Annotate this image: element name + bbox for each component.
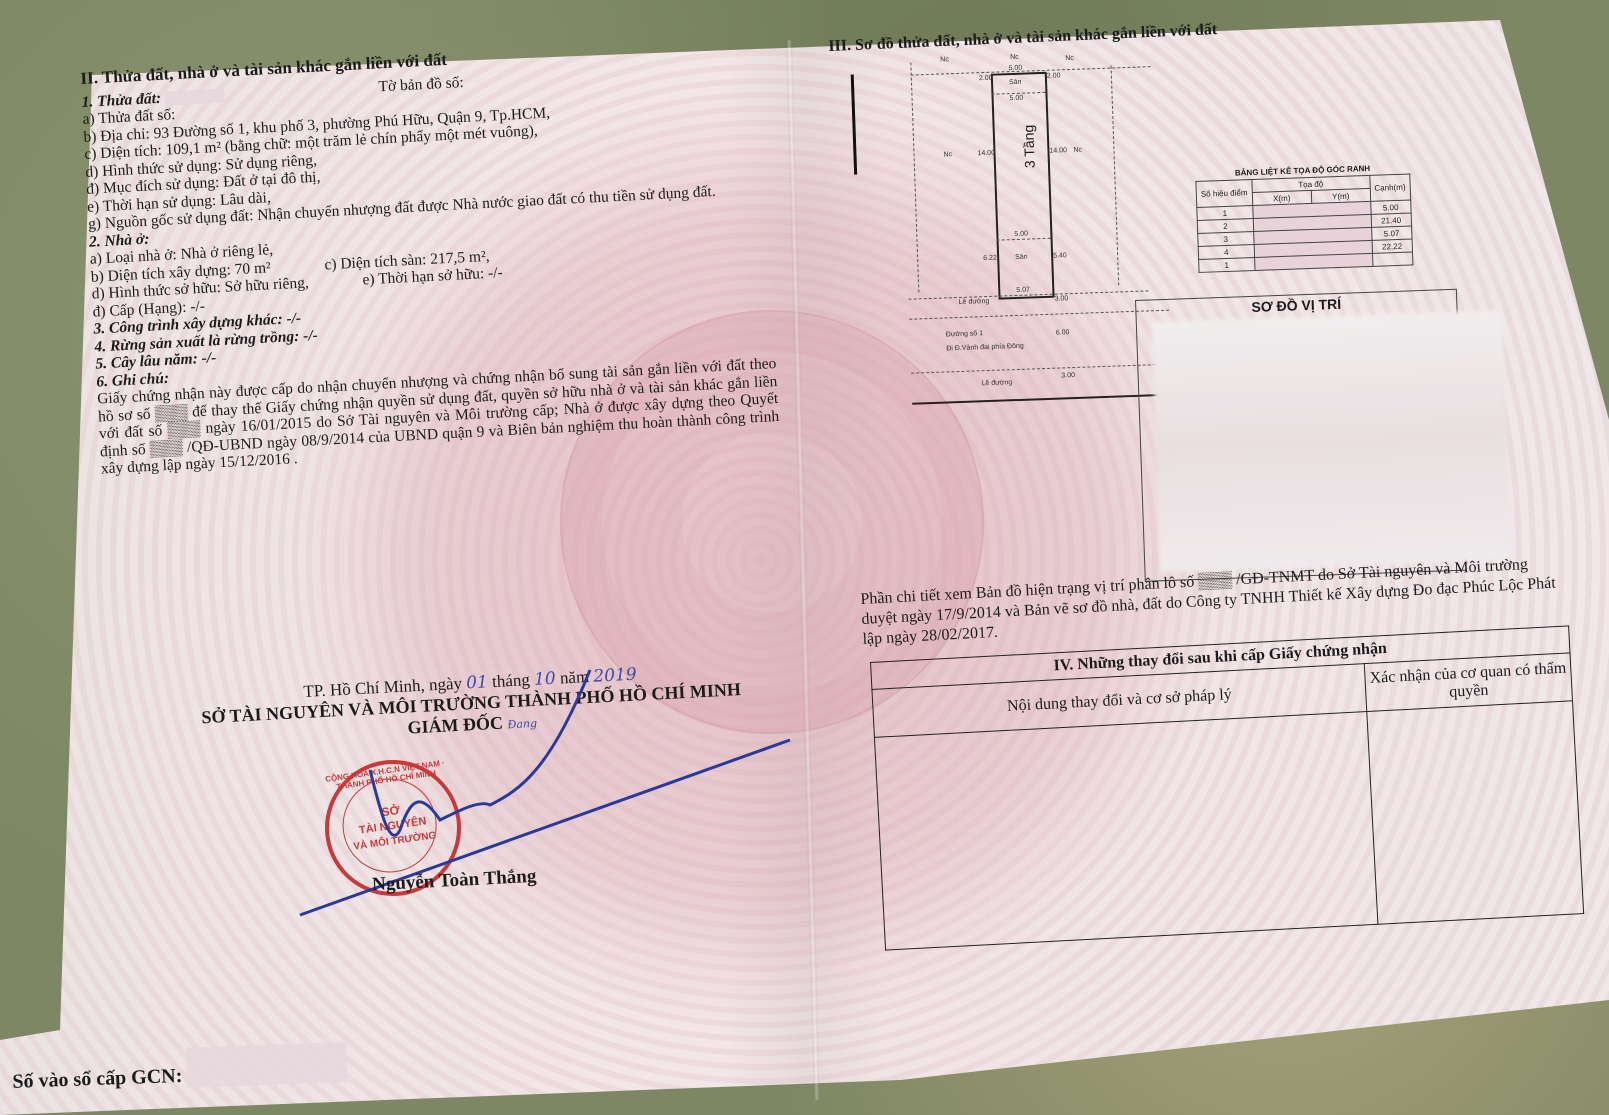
dim-road-width: 6.00 bbox=[1056, 329, 1070, 336]
neighbor-label: Nc bbox=[1065, 55, 1074, 62]
neighbor-label: Nc bbox=[1073, 147, 1082, 154]
road-name: Đường số 1 bbox=[946, 330, 984, 338]
dim-inner-width: 5.00 bbox=[1010, 95, 1024, 102]
dim-rear-right: 5.40 bbox=[1053, 252, 1067, 259]
sidewalk-label: Lề đường bbox=[959, 298, 990, 306]
dim-rear-width: 5.00 bbox=[1014, 231, 1028, 238]
dim-top-width: 5.00 bbox=[1008, 65, 1022, 72]
dim-side-right: 14.00 bbox=[1049, 147, 1067, 155]
change-content-cell bbox=[874, 712, 1377, 951]
redacted-land-number bbox=[165, 88, 226, 105]
road-direction: Đi Đ.Vành đai phía Đông bbox=[946, 343, 1024, 353]
handwritten-signature bbox=[290, 650, 810, 930]
neighbor-label: Nc bbox=[1010, 54, 1019, 61]
coordinate-table: BẢNG LIỆT KÊ TỌA ĐỘ GÓC RANH Số hiệu điể… bbox=[1195, 163, 1413, 273]
redacted-location-map bbox=[1152, 310, 1511, 572]
location-map: SƠ ĐỒ VỊ TRÍ bbox=[1135, 289, 1467, 582]
confirmation-cell bbox=[1367, 701, 1584, 924]
yard-label-front: Sân bbox=[1015, 254, 1028, 261]
dim-front-width: 5.07 bbox=[1016, 287, 1030, 294]
redacted-gcn-number bbox=[186, 1042, 347, 1088]
sidewalk-label-2: Lề đường bbox=[981, 379, 1012, 387]
left-page: II. Thửa đất, nhà ở và tài sản khác gắn … bbox=[80, 33, 800, 478]
dim-side-left: 14.00 bbox=[977, 150, 995, 158]
dim-rear-left: 6.22 bbox=[983, 255, 997, 262]
gcn-label: Số vào sổ cấp GCN: bbox=[12, 1065, 183, 1093]
col-point: Số hiệu điểm bbox=[1196, 180, 1253, 208]
dim-top-depth-right: 2.00 bbox=[1047, 72, 1061, 79]
floors-label: 3 Tầng bbox=[1020, 125, 1038, 169]
neighbor-label: Nc bbox=[940, 56, 949, 63]
dim-sidewalk: 3.00 bbox=[1055, 295, 1069, 302]
lot-boundary bbox=[991, 72, 1055, 300]
col-edge: Cạnh(m) bbox=[1369, 174, 1410, 201]
dim-sidewalk-2: 3.00 bbox=[1061, 372, 1075, 379]
changes-table: IV. Những thay đổi sau khi cấp Giấy chứn… bbox=[870, 625, 1585, 961]
neighbor-label: Nc bbox=[943, 151, 952, 158]
yard-label: Sân bbox=[1009, 79, 1022, 86]
north-arrow-icon bbox=[851, 75, 857, 175]
dim-top-depth-left: 2.00 bbox=[979, 75, 993, 82]
land-plot-diagram: Nc Nc Nc 5.00 Sân 5.00 2.00 2.00 14.00 1… bbox=[840, 43, 1183, 424]
